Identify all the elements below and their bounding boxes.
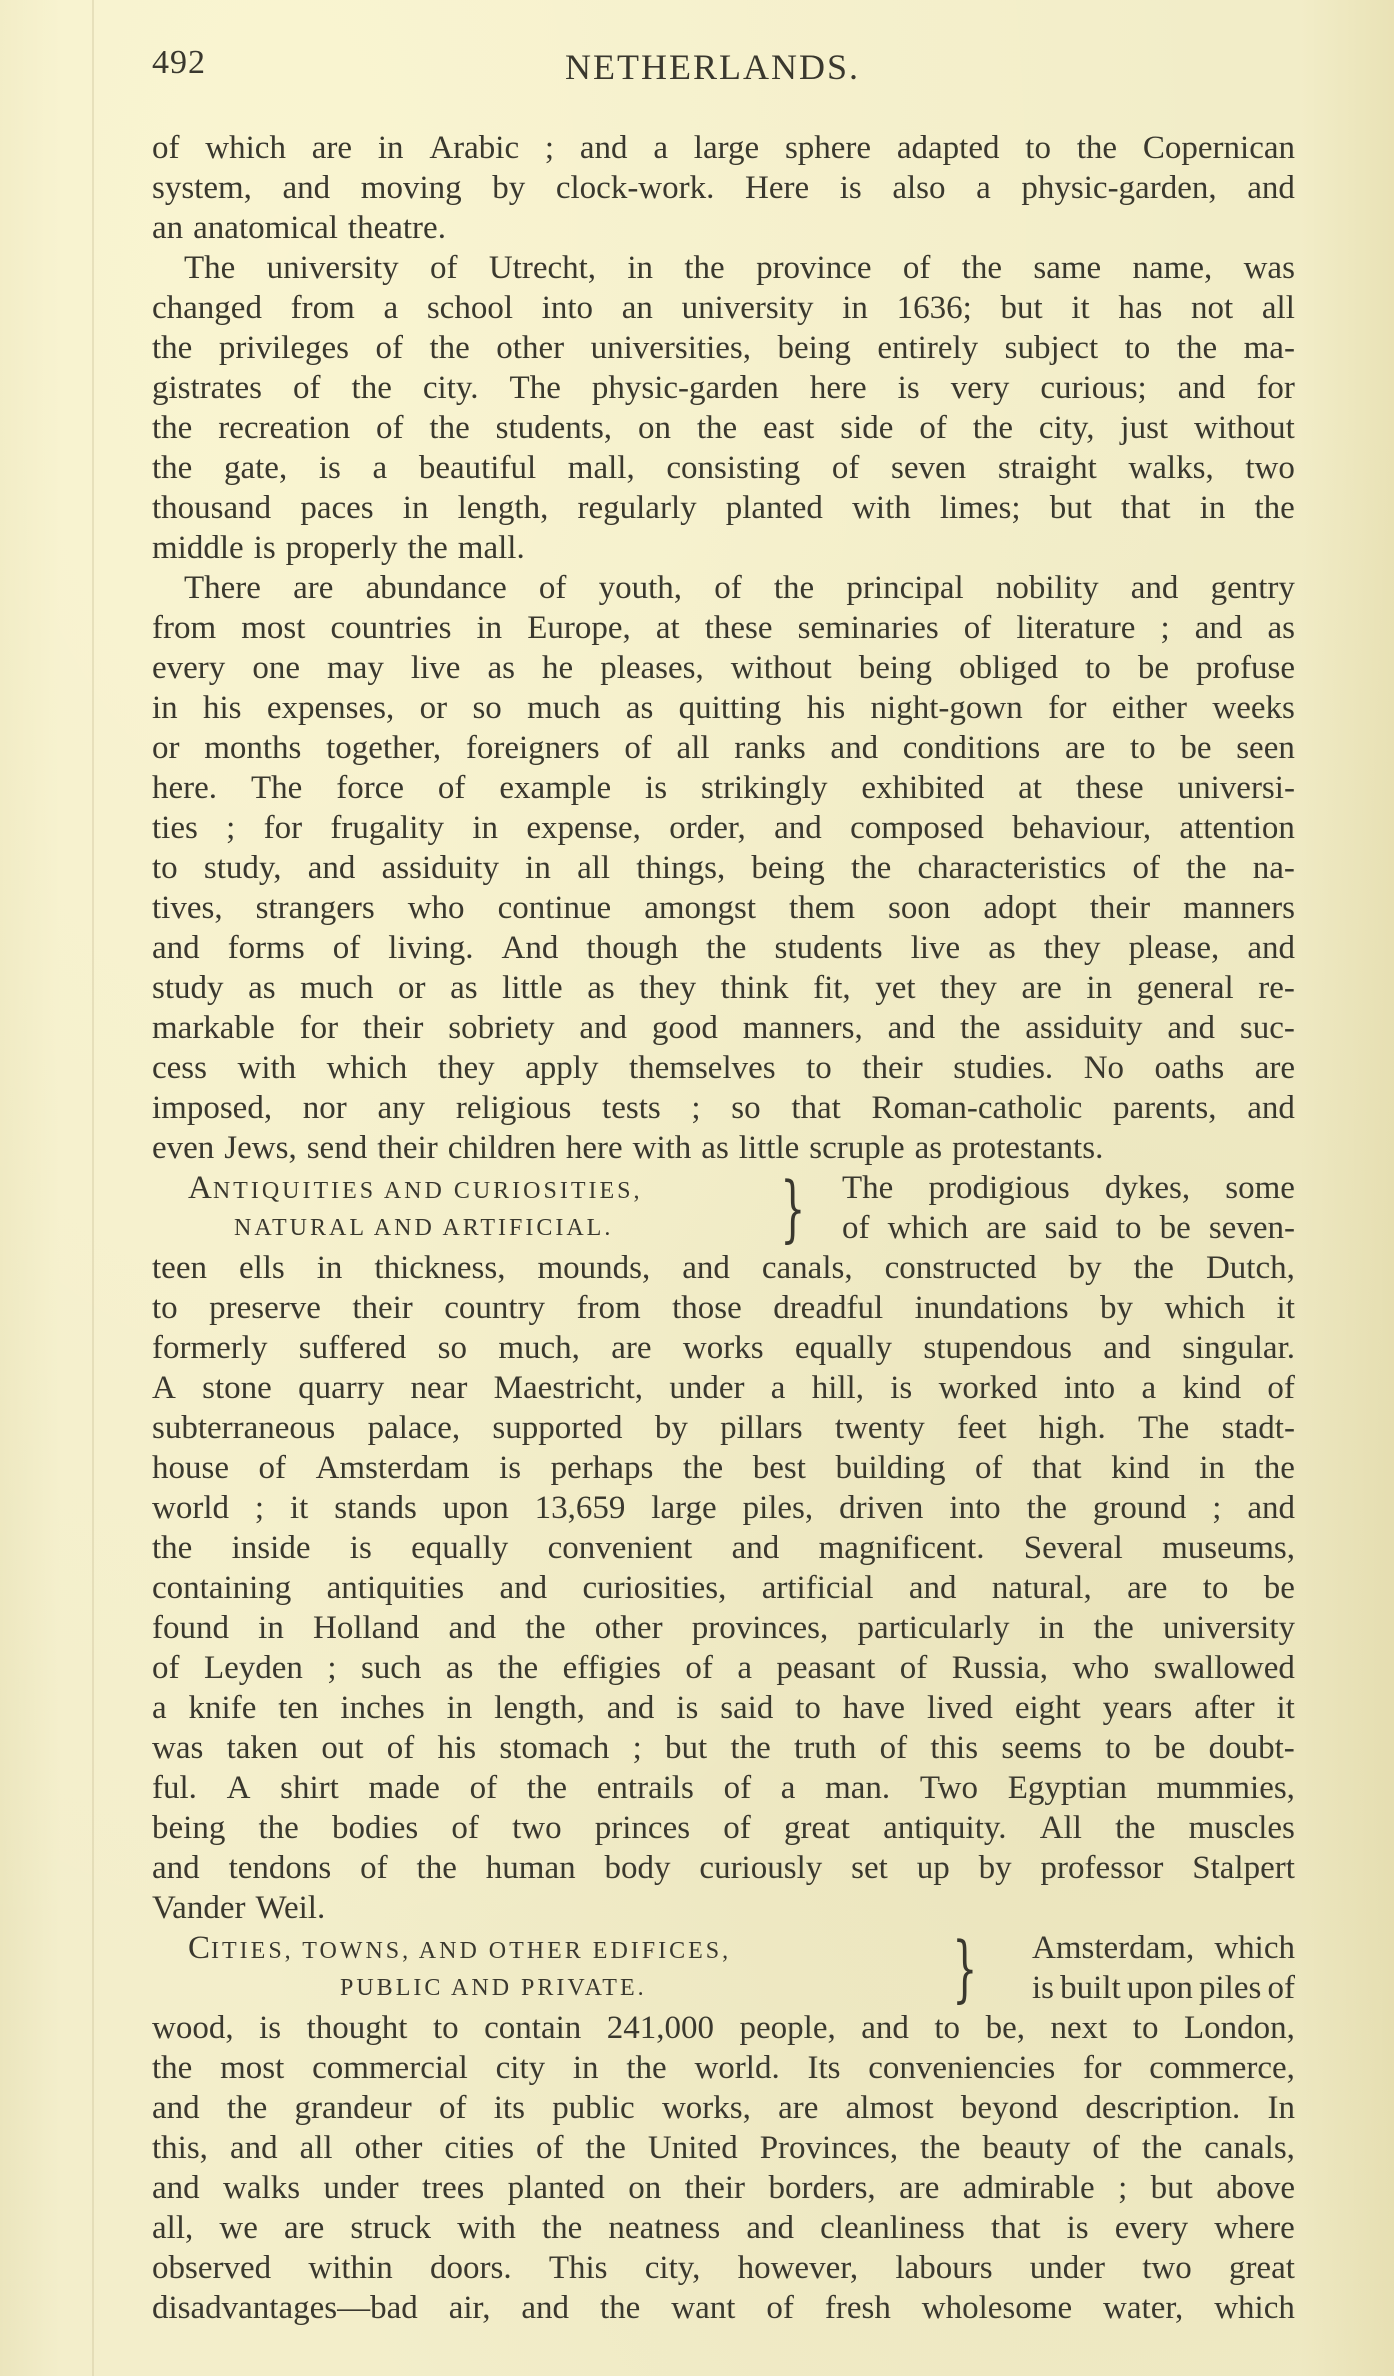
text-line: Theprodigiousdykes,some	[842, 1168, 1295, 1208]
text-line: containingantiquitiesandcuriosities,arti…	[152, 1568, 1295, 1608]
text-line: gistratesofthecity.Thephysic-gardenherei…	[152, 368, 1295, 408]
side-text: Theprodigiousdykes,someofwhicharesaidtob…	[842, 1168, 1295, 1248]
text-line: ormonthstogether,foreignersofallranksand…	[152, 728, 1295, 768]
text-line: topreservetheircountryfromthosedreadfuli…	[152, 1288, 1295, 1328]
text-line: this,andallothercitiesoftheUnitedProvinc…	[152, 2128, 1295, 2168]
text-line: Amsterdam,which	[1032, 1928, 1295, 1968]
text-line: imposed,noranyreligioustests;sothatRoman…	[152, 1088, 1295, 1128]
text-line: studyasmuchoraslittleastheythinkfit,yett…	[152, 968, 1295, 1008]
text-line: middleisproperlythemall.	[152, 528, 1295, 568]
text-line: observedwithindoors.Thiscity,however,lab…	[152, 2248, 1295, 2288]
text-line: VanderWeil.	[152, 1888, 1295, 1928]
running-title: NETHERLANDS.	[565, 46, 860, 88]
text-line: AstonequarrynearMaestricht,underahill,is…	[152, 1368, 1295, 1408]
text-line: wastakenoutofhisstomach;butthetruthofthi…	[152, 1728, 1295, 1768]
side-heading: Antiquities and curiosities,natural and …	[188, 1168, 643, 1248]
text-line: disadvantages—badair,andthewantoffreshwh…	[152, 2288, 1295, 2328]
text-line: here.Theforceofexampleisstrikinglyexhibi…	[152, 768, 1295, 808]
page-gutter-edge	[92, 0, 94, 2376]
text-line: themostcommercialcityintheworld.Itsconve…	[152, 2048, 1295, 2088]
text-line: evenJews,sendtheirchildrenherewithaslitt…	[152, 1128, 1295, 1168]
text-line: andwalksundertreesplantedontheirborders,…	[152, 2168, 1295, 2208]
text-line: frommostcountriesinEurope,attheseseminar…	[152, 608, 1295, 648]
text-line: andtendonsofthehumanbodycuriouslysetupby…	[152, 1848, 1295, 1888]
page-number: 492	[152, 44, 206, 82]
text-line: ful.Ashirtmadeoftheentrailsofaman.TwoEgy…	[152, 1768, 1295, 1808]
text-line: world;itstandsupon13,659largepiles,drive…	[152, 1488, 1295, 1528]
text-line: isbuiltuponpilesof	[1032, 1968, 1295, 2008]
side-heading-line-2: natural and artificial.	[188, 1208, 643, 1248]
brace-glyph: }	[780, 1172, 805, 1244]
side-heading-line-1: Cities, towns, and other edifices,	[188, 1928, 731, 1968]
text-line: tostudy,andassiduityinallthings,beingthe…	[152, 848, 1295, 888]
side-heading: Cities, towns, and other edifices,public…	[188, 1928, 731, 2008]
text-line: ananatomicaltheatre.	[152, 208, 1295, 248]
text-line: thousandpacesinlength,regularlyplantedwi…	[152, 488, 1295, 528]
text-line: everyonemayliveashepleases,withoutbeingo…	[152, 648, 1295, 688]
body-text: ofwhichareinArabic;andalargesphereadapte…	[152, 128, 1295, 2328]
text-line: subterraneouspalace,supportedbypillarstw…	[152, 1408, 1295, 1448]
side-heading-line-2: public and private.	[188, 1968, 731, 2008]
text-line: all,wearestruckwiththeneatnessandcleanli…	[152, 2208, 1295, 2248]
text-line: ofwhicharesaidtobeseven-	[842, 1208, 1295, 1248]
text-line: changedfromaschoolintoanuniversityin1636…	[152, 288, 1295, 328]
text-line: aknifeteninchesinlength,andissaidtohavel…	[152, 1688, 1295, 1728]
text-line: thegate,isabeautifulmall,consistingofsev…	[152, 448, 1295, 488]
text-line: Thereareabundanceofyouth,oftheprincipaln…	[152, 568, 1295, 608]
text-line: formerlysufferedsomuch,areworksequallyst…	[152, 1328, 1295, 1368]
text-line: markablefortheirsobrietyandgoodmanners,a…	[152, 1008, 1295, 1048]
text-line: therecreationofthestudents,ontheeastside…	[152, 408, 1295, 448]
text-line: andthegrandeurofitspublicworks,arealmost…	[152, 2088, 1295, 2128]
text-line: ofLeyden;suchastheeffigiesofapeasantofRu…	[152, 1648, 1295, 1688]
text-line: houseofAmsterdamisperhapsthebestbuilding…	[152, 1448, 1295, 1488]
side-text: Amsterdam,whichisbuiltuponpilesof	[1032, 1928, 1295, 2008]
section-heading-cities: Cities, towns, and other edifices,public…	[152, 1928, 1295, 2008]
text-line: theprivilegesoftheotheruniversities,bein…	[152, 328, 1295, 368]
text-line: inhisexpenses,orsomuchasquittinghisnight…	[152, 688, 1295, 728]
brace-glyph: }	[952, 1932, 977, 2004]
running-head: 492 NETHERLANDS.	[152, 44, 1295, 88]
text-line: TheuniversityofUtrecht,intheprovinceofth…	[152, 248, 1295, 288]
text-line: cesswithwhichtheyapplythemselvestotheirs…	[152, 1048, 1295, 1088]
text-line: wood,isthoughttocontain241,000people,and…	[152, 2008, 1295, 2048]
text-line: ties;forfrugalityinexpense,order,andcomp…	[152, 808, 1295, 848]
text-line: beingthebodiesoftwoprincesofgreatantiqui…	[152, 1808, 1295, 1848]
text-line: foundinHollandandtheotherprovinces,parti…	[152, 1608, 1295, 1648]
text-line: ofwhichareinArabic;andalargesphereadapte…	[152, 128, 1295, 168]
section-heading-antiquities: Antiquities and curiosities,natural and …	[152, 1168, 1295, 1248]
text-line: teenellsinthickness,mounds,andcanals,con…	[152, 1248, 1295, 1288]
side-heading-line-1: Antiquities and curiosities,	[188, 1168, 643, 1208]
text-line: system,andmovingbyclock-work.Hereisalsoa…	[152, 168, 1295, 208]
text-line: andformsofliving.Andthoughthestudentsliv…	[152, 928, 1295, 968]
text-line: tives,strangerswhocontinueamongstthemsoo…	[152, 888, 1295, 928]
text-line: theinsideisequallyconvenientandmagnifice…	[152, 1528, 1295, 1568]
